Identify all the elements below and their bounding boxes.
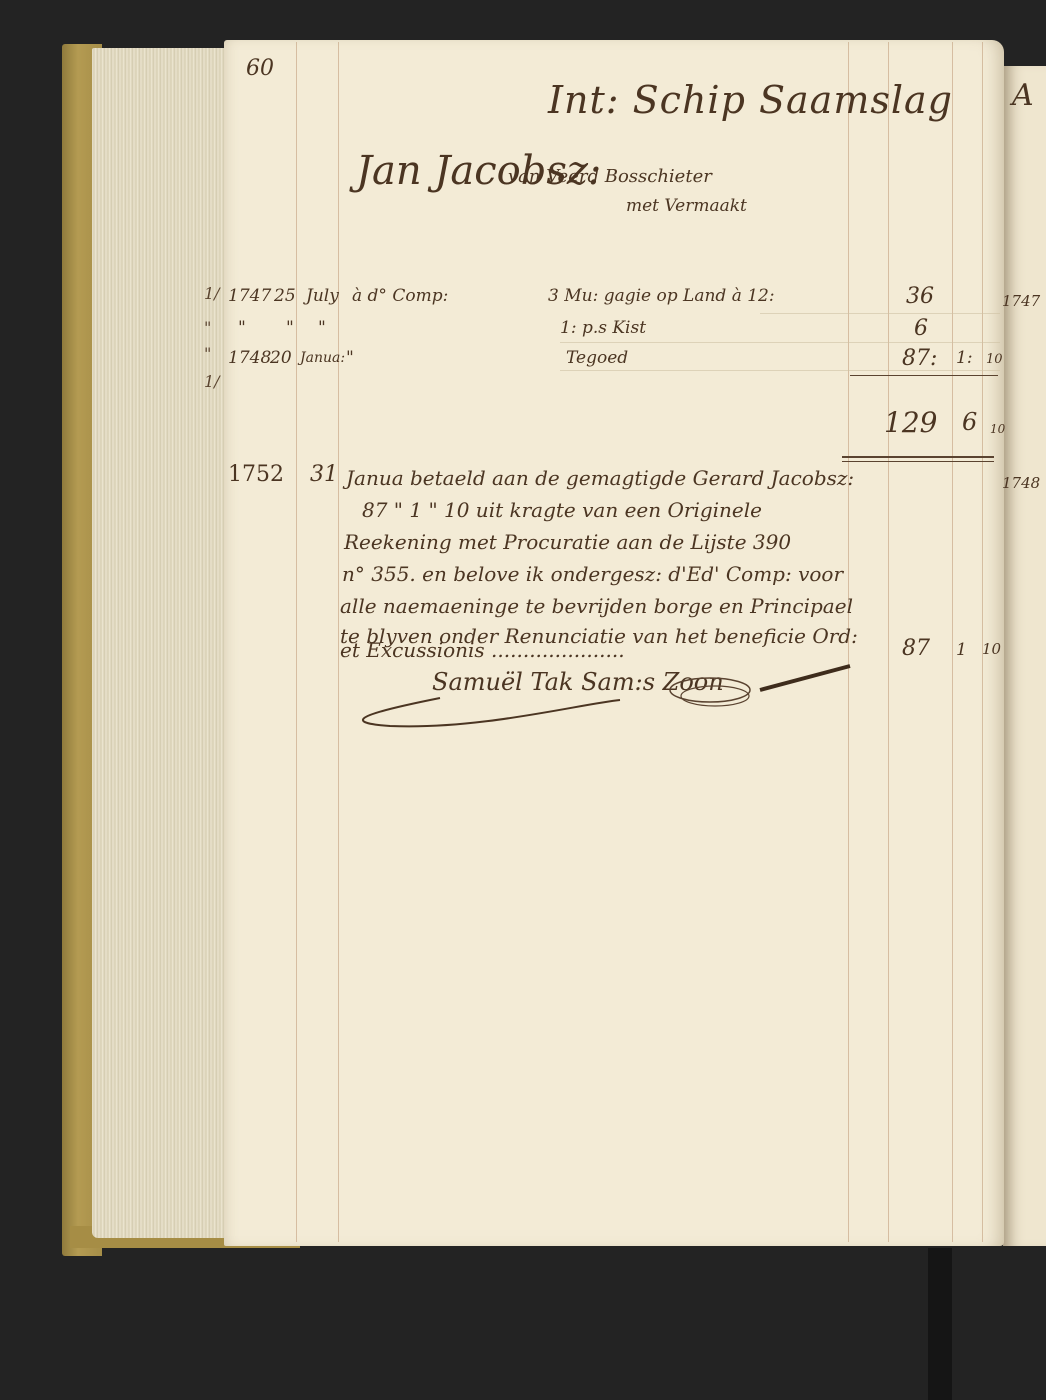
entry-penning: 10 xyxy=(986,352,1003,367)
credit-year: 1752 xyxy=(228,462,284,487)
rule-guilders-column xyxy=(888,42,889,1242)
total-amount: 129 xyxy=(884,406,937,439)
entry-amount: 6 xyxy=(914,316,928,341)
entry-amount: 36 xyxy=(906,284,934,309)
account-role-line2: met Vermaakt xyxy=(626,196,747,216)
margin-mark: " xyxy=(204,344,211,363)
entry-year: " xyxy=(238,318,246,338)
credit-line: alle naemaeninge te bevrijden borge en P… xyxy=(340,594,853,618)
entry-description: 1: p.s Kist xyxy=(560,318,646,338)
rule-stuivers-column xyxy=(952,42,953,1242)
entry-description: 3 Mu: gagie op Land à 12: xyxy=(548,286,775,306)
credit-amount: 87 xyxy=(902,636,930,661)
credit-line: et Excussionis ..................... xyxy=(340,638,625,662)
binding-tab xyxy=(928,1248,952,1400)
facing-page-letter: A xyxy=(1012,78,1034,113)
total-double-line xyxy=(842,456,994,458)
subtotal-line xyxy=(850,375,998,376)
entry-text: " xyxy=(346,348,354,368)
entry-description: Tegoed xyxy=(566,348,628,368)
facing-page-year: 1747 xyxy=(1002,292,1040,310)
facing-page-year: 1748 xyxy=(1002,474,1040,492)
entry-day: 20 xyxy=(270,348,292,368)
total-double-line xyxy=(842,461,994,462)
hrule xyxy=(760,313,1000,314)
hrule xyxy=(560,342,1000,343)
credit-line: 87 " 1 " 10 uit kragte van een Originele xyxy=(362,498,762,522)
margin-mark: " xyxy=(204,318,211,337)
margin-mark: 1/ xyxy=(204,372,220,391)
facing-page-edge xyxy=(1003,66,1046,1246)
credit-line: n° 355. en belove ik ondergesz: d'Ed' Co… xyxy=(342,562,843,586)
credit-stuivers: 1 xyxy=(956,640,967,660)
account-role-line1: van Veerd Bosschieter xyxy=(508,166,712,187)
entry-month: July xyxy=(306,286,339,306)
total-stuivers: 6 xyxy=(962,408,977,436)
credit-line: Reekening met Procuratie aan de Lijste 3… xyxy=(344,530,791,554)
folio-number: 60 xyxy=(246,56,274,81)
rule-month-column xyxy=(338,42,339,1242)
entry-year: 1748 xyxy=(228,348,271,368)
credit-line: Janua betaeld aan de gemagtigde Gerard J… xyxy=(346,466,854,490)
entry-day: " xyxy=(286,318,294,338)
margin-mark: 1/ xyxy=(204,284,220,303)
page-stack-edges xyxy=(92,48,226,1238)
entry-text: à d° Comp: xyxy=(352,286,448,306)
entry-month: Janua: xyxy=(300,350,345,366)
ship-name-heading: Int: Schip Saamslag xyxy=(548,78,953,122)
credit-penning: 10 xyxy=(982,640,1001,658)
signature-flourish xyxy=(320,660,880,730)
total-penning: 10 xyxy=(990,422,1005,436)
rule-date-column xyxy=(296,42,297,1242)
entry-year: 1747 xyxy=(228,286,271,306)
entry-stuivers: 1: xyxy=(956,348,973,368)
entry-day: 25 xyxy=(274,286,296,306)
credit-day: 31 xyxy=(310,462,338,487)
entry-month: " xyxy=(318,318,326,338)
entry-amount: 87: xyxy=(902,346,937,371)
